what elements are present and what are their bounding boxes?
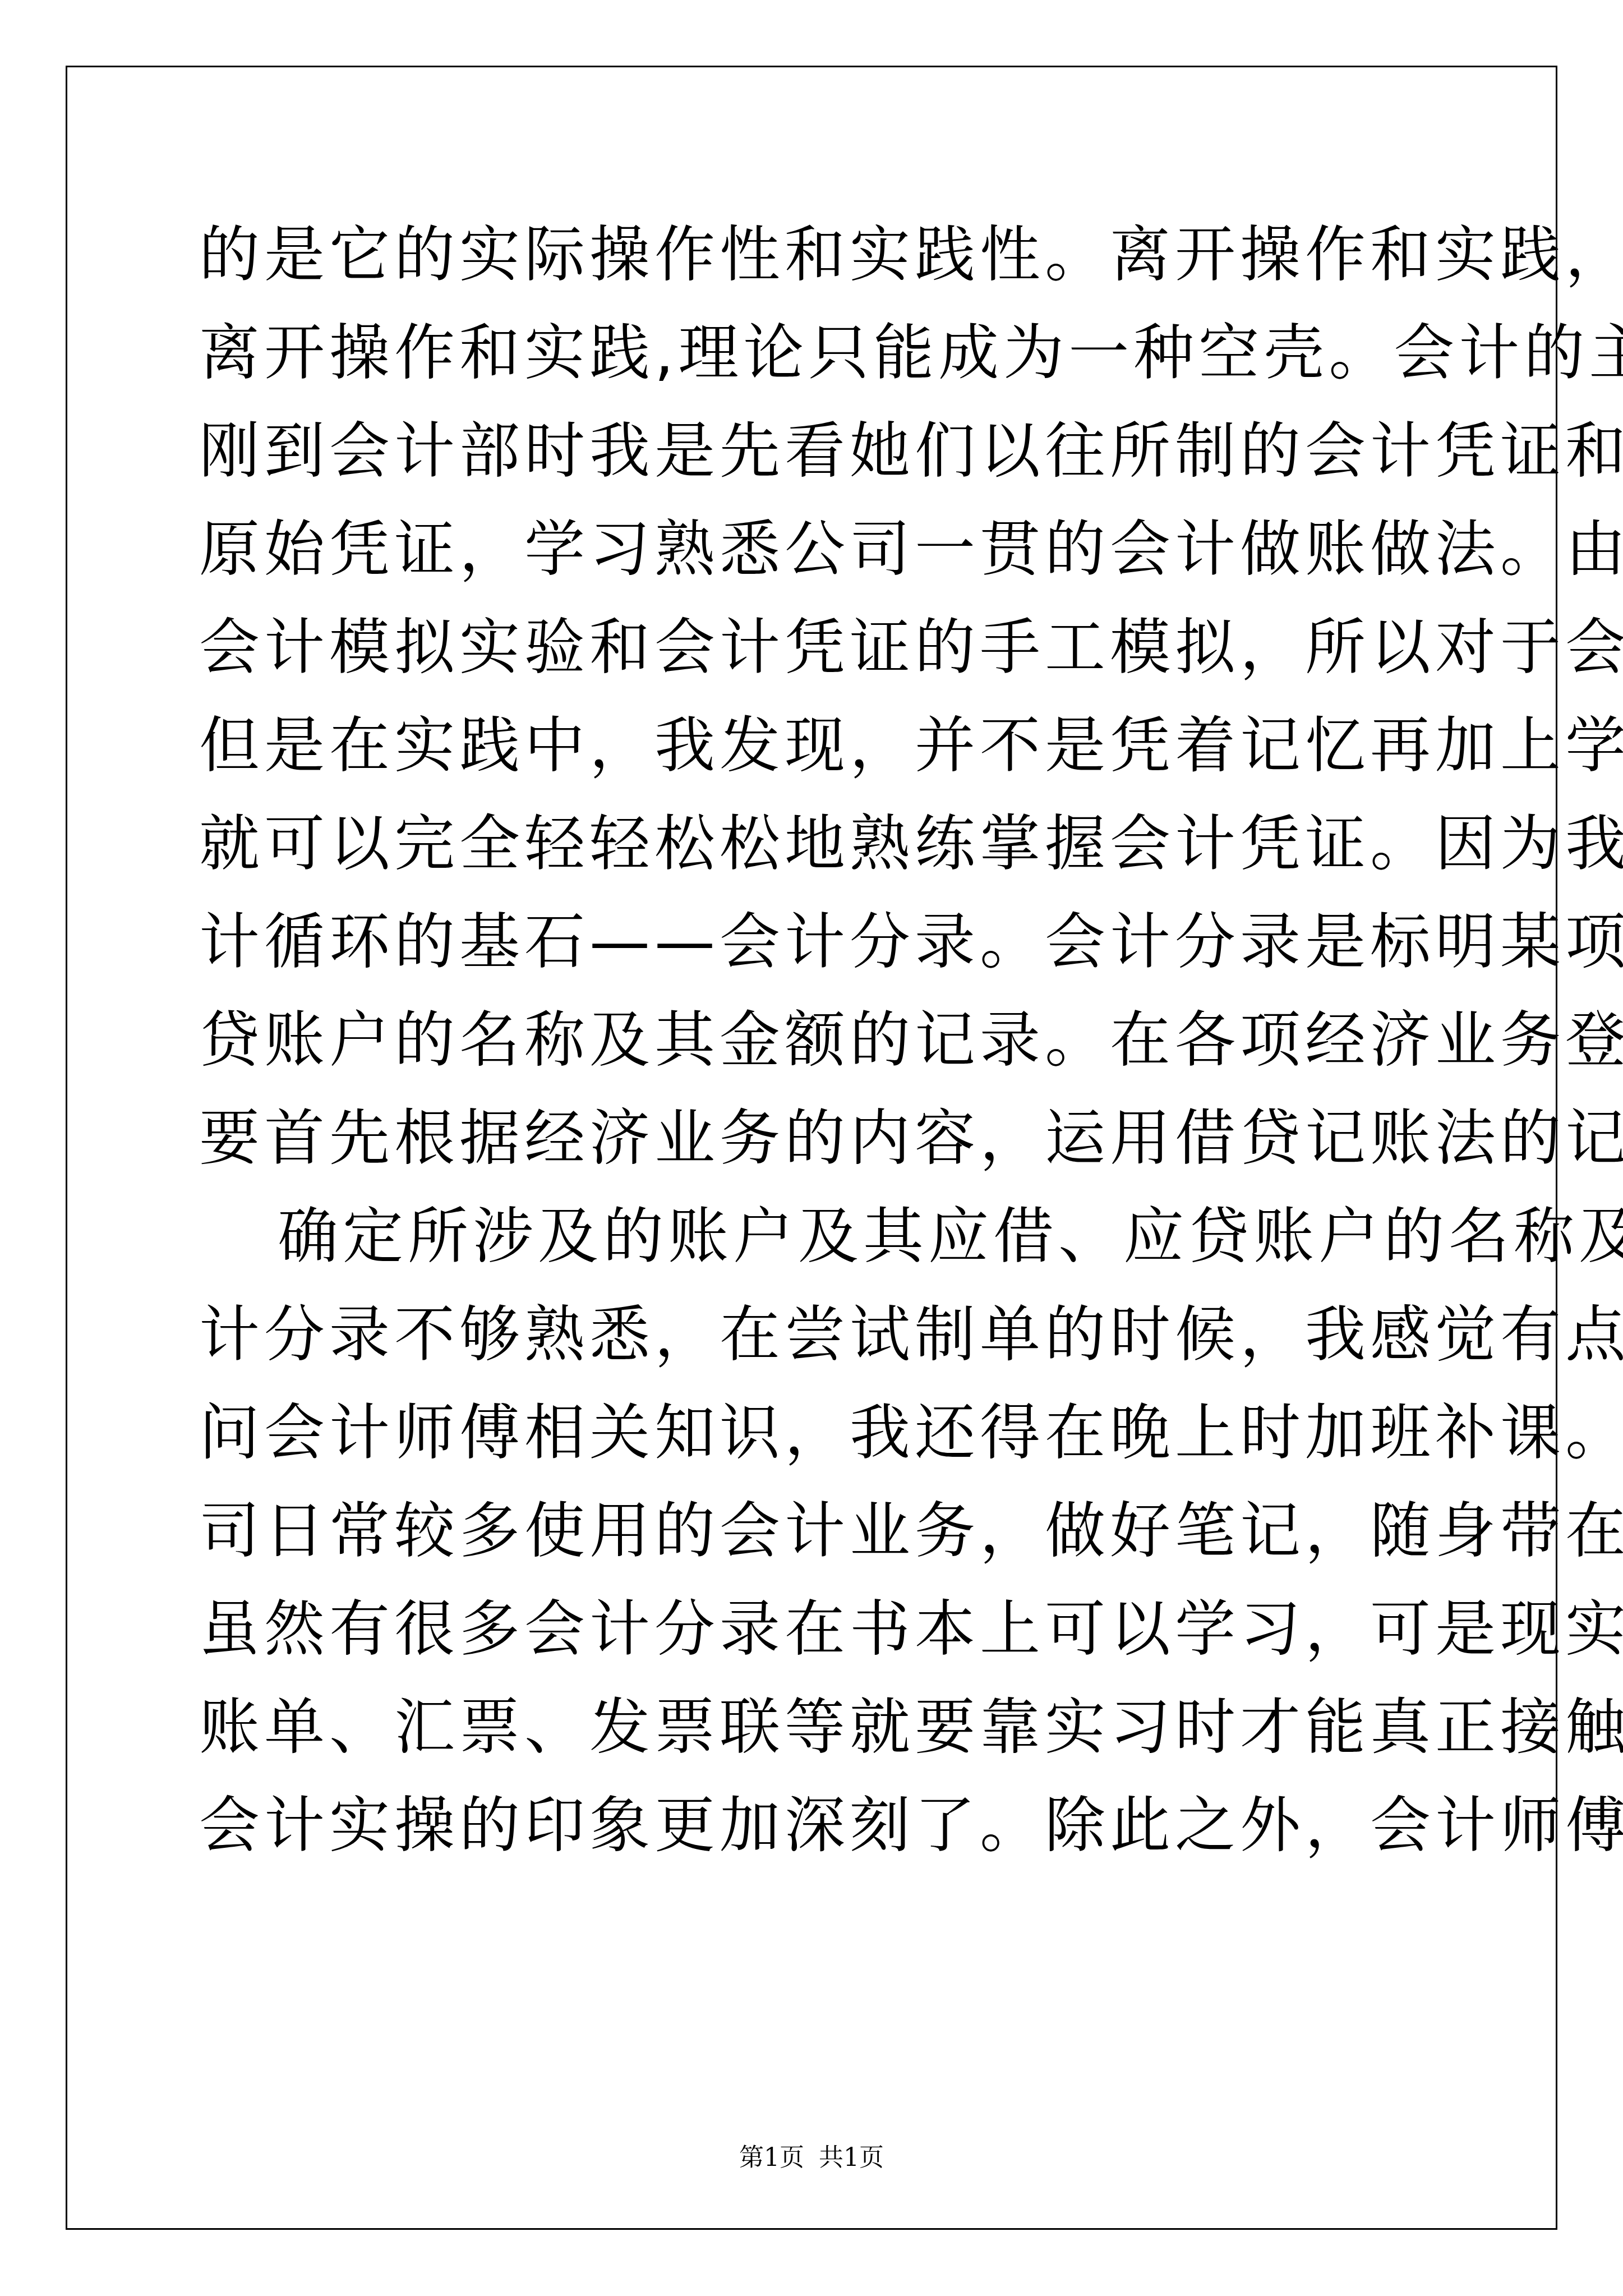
text-line: 但是在实践中，我发现，并不是凭着记忆再加上学校里所学过的理论 <box>199 712 1483 811</box>
text-line: 要首先根据经济业务的内容，运用借贷记账法的记账规则， <box>199 1105 1483 1203</box>
text-line: 贷账户的名称及其金额的记录。在各项经济业务登记到账户之前，都 <box>199 1007 1483 1105</box>
text-line: 就可以完全轻轻松松地熟练掌握会计凭证。因为我们很容易疏忽了会 <box>199 811 1483 909</box>
text-line: 计分录不够熟悉，在尝试制单的时候，我感觉有点力不从心，除了多 <box>199 1301 1483 1400</box>
text-line: 会计实操的印象更加深刻了。除此之外，会计师傅还叮嘱我平时要把 <box>199 1792 1483 1890</box>
text-line: 刚到会计部时我是先看她们以往所制的会计凭证和附在会计凭证上的 <box>199 418 1483 516</box>
text-line: 的是它的实际操作性和实践性。离开操作和实践，其它一切都为零！ <box>199 222 1483 320</box>
text-line: 离开操作和实践,理论只能成为一种空壳。会计的主要任务就是做账。 <box>199 320 1483 418</box>
text-line: 问会计师傅相关知识，我还得在晚上时加班补课。首先我认真读透公 <box>199 1400 1483 1498</box>
text-line: 计循环的基石——会计分录。会计分录是标明某项经济业务应借、应 <box>199 909 1483 1007</box>
text-line: 司日常较多使用的会计业务，做好笔记，随身带在身上，有空就看看。 <box>199 1498 1483 1596</box>
text-line: 会计模拟实验和会计凭证的手工模拟，所以对于会计凭证不是太陌生， <box>199 614 1483 712</box>
text-line: 原始凭证，学习熟悉公司一贯的会计做账做法。由于以前在学校上过 <box>199 516 1483 614</box>
current-page-label: 第1页 <box>739 2143 804 2172</box>
text-line: 虽然有很多会计分录在书本上可以学习，可是现实工作中的一些银行 <box>199 1596 1483 1694</box>
text-line-paragraph-start: 确定所涉及的账户及其应借、应贷账户的名称及其金额。 因为会 <box>199 1203 1483 1301</box>
text-line: 账单、汇票、发票联等就要靠实习时才能真正接触领悟，这时候我对 <box>199 1694 1483 1792</box>
page-footer: 第1页 共1页 <box>0 2137 1623 2173</box>
total-pages-label: 共1页 <box>819 2143 884 2172</box>
document-body: 的是它的实际操作性和实践性。离开操作和实践，其它一切都为零！ 离开操作和实践,理… <box>199 222 1483 1890</box>
